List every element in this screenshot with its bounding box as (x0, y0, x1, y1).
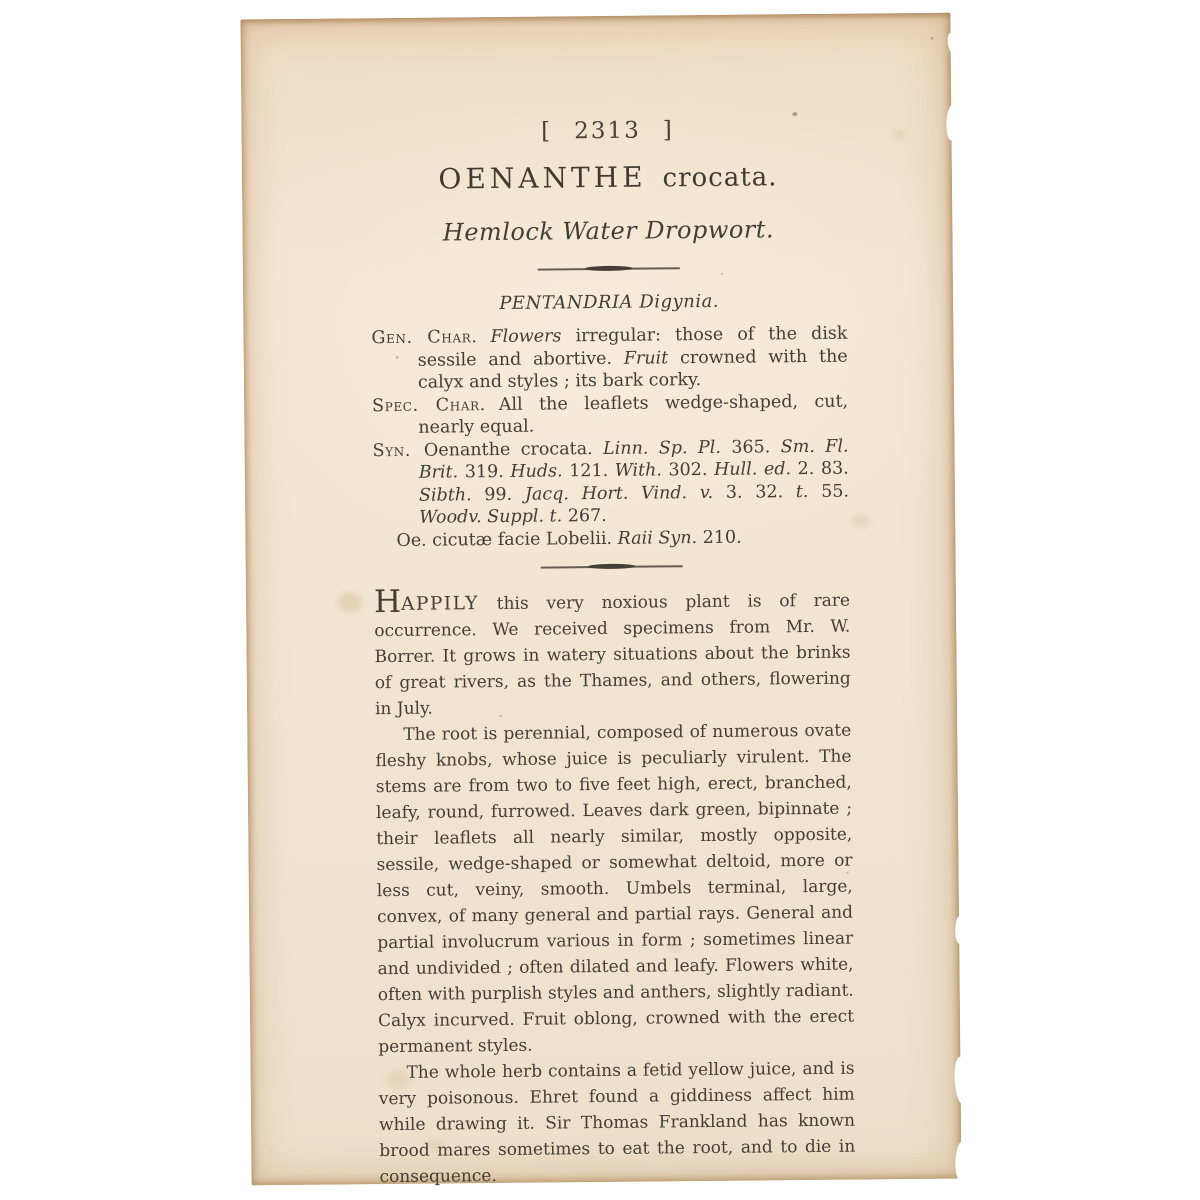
synonym-paragraph: Syn.Oenanthe crocata. Linn. Sp. Pl. 365.… (372, 435, 849, 530)
gen-char-text: Flowers irregular: those of the disk ses… (418, 324, 848, 393)
body-paragraph-2: The root is perennial, composed of numer… (375, 718, 854, 1061)
syn-text: Oenanthe crocata. Linn. Sp. Pl. 365. Sm.… (419, 436, 849, 528)
common-name: Hemlock Water Dropwort. (370, 214, 846, 249)
spec-char-label: Spec. Char. (372, 395, 486, 416)
lead-word-caps: APPILY (401, 593, 479, 615)
page-number-bracket-close: ] (663, 117, 674, 143)
torn-edge-nick (953, 1056, 970, 1105)
species-title: OENANTHEcrocata. (370, 159, 846, 199)
gen-char-paragraph: Gen. Char.Flowers irregular: those of th… (371, 323, 848, 395)
section-divider-rule (541, 563, 683, 569)
lead-capital: H (374, 584, 401, 620)
foxing-stain (894, 129, 905, 138)
foxing-stain (851, 513, 869, 528)
species-epithet: crocata. (662, 162, 777, 193)
section-divider-rule (538, 265, 680, 271)
torn-edge-nick (947, 32, 957, 53)
genus-name: OENANTHE (438, 161, 646, 196)
character-block: Gen. Char.Flowers irregular: those of th… (371, 323, 849, 553)
page-number-value: 2313 (552, 117, 663, 144)
scan-background: [2313] OENANTHEcrocata. Hemlock Water Dr… (0, 0, 1200, 1200)
body-paragraph-1: HAPPILY this very noxious plant is of ra… (374, 583, 851, 723)
page-number: [2313] (369, 115, 845, 148)
divider-lens-ornament (585, 266, 633, 271)
linnaean-class: PENTANDRIA Digynia. (371, 289, 847, 318)
gen-char-label: Gen. Char. (371, 327, 477, 348)
page-number-bracket-open: [ (541, 118, 552, 144)
foxing-stain (338, 592, 362, 612)
divider-lens-ornament (588, 564, 636, 569)
body-paragraph-3: The whole herb contains a fetid yellow j… (378, 1056, 855, 1191)
spec-char-paragraph: Spec. Char.All the leaflets wedge-shaped… (372, 390, 848, 440)
syn2-text: Oe. cicutæ facie Lobelii. Raii Syn. 210. (396, 527, 741, 550)
torn-edge-nick (946, 104, 959, 140)
syn-label: Syn. (372, 440, 411, 460)
torn-edge-nick (955, 915, 965, 943)
description-text: HAPPILY this very noxious plant is of ra… (374, 583, 856, 1191)
book-page: [2313] OENANTHEcrocata. Hemlock Water Dr… (240, 13, 961, 1186)
synonym-paragraph-2: Oe. cicutæ facie Lobelii. Raii Syn. 210. (373, 525, 849, 552)
torn-edge-nick (954, 1140, 969, 1181)
page-content: [2313] OENANTHEcrocata. Hemlock Water Dr… (368, 14, 855, 1191)
paper-fleck (931, 37, 934, 40)
